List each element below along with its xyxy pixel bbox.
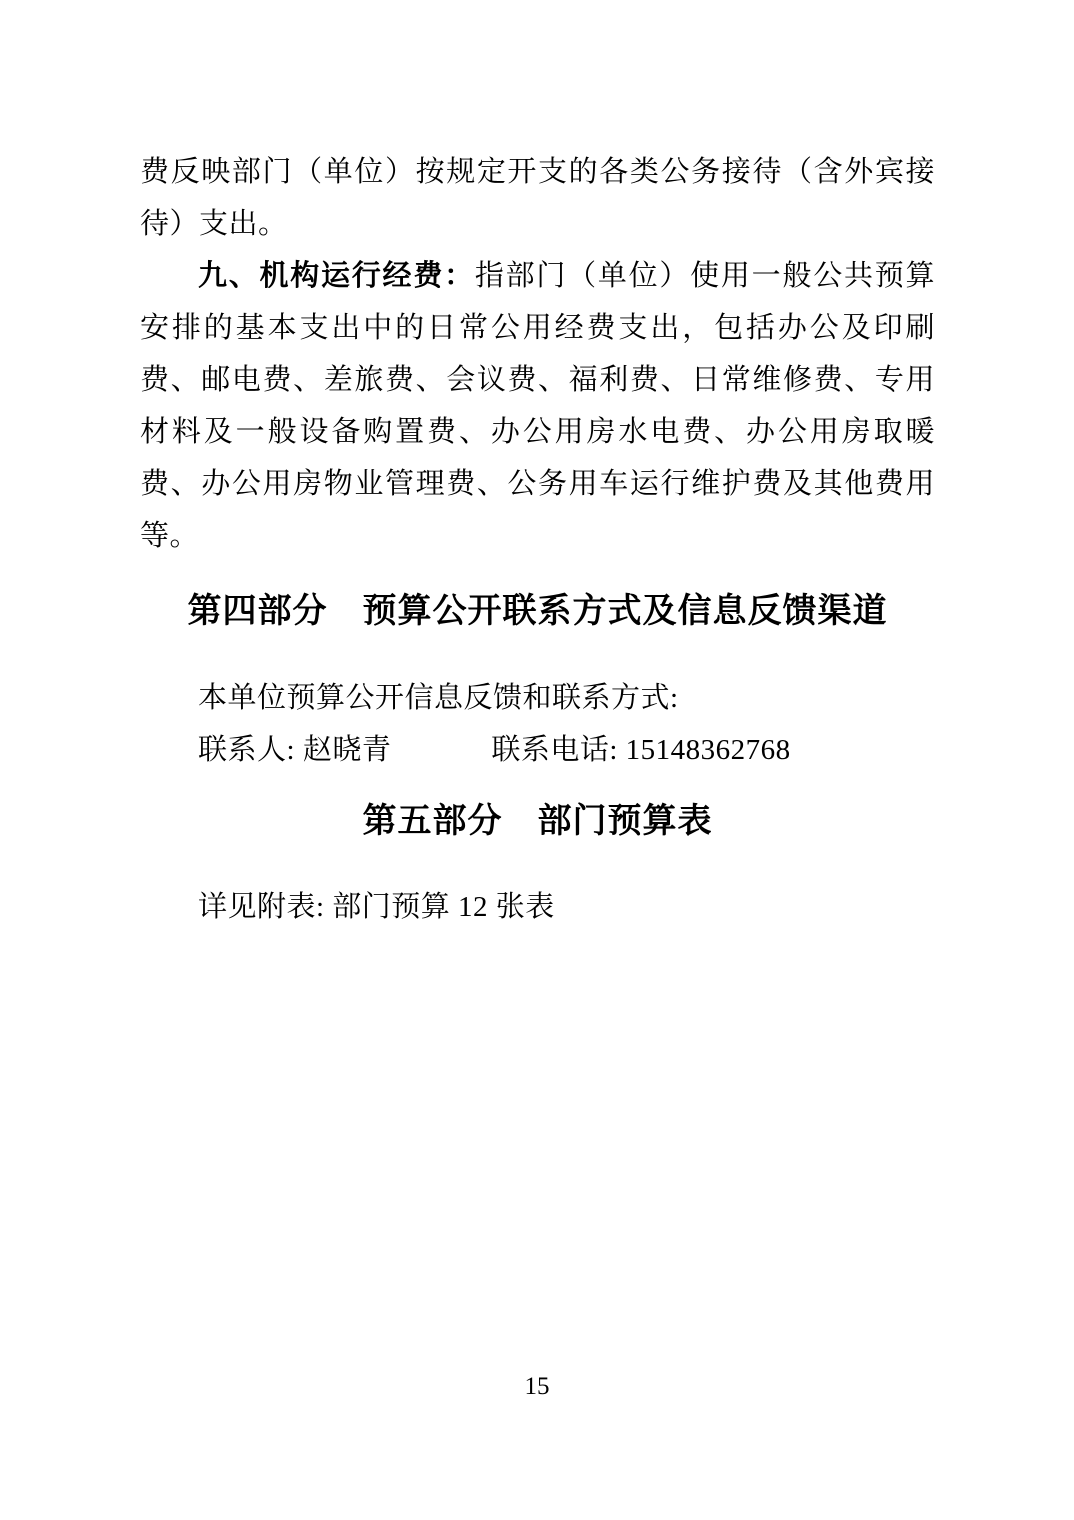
contact-phone-number: 15148362768 (626, 734, 791, 766)
paragraph-hospitality-expense: 费反映部门（单位）按规定开支的各类公务接待（含外宾接待）支出。 (140, 146, 935, 250)
contact-person-group: 联系人: 赵晓青 (198, 734, 391, 766)
operating-expense-definition: 指部门（单位）使用一般公共预算安排的基本支出中的日常公用经费支出，包括办公及印刷… (140, 260, 935, 552)
section-4-heading: 第四部分 预算公开联系方式及信息反馈渠道 (140, 588, 935, 636)
contact-phone-group: 联系电话: 15148362768 (491, 734, 790, 766)
contact-person-label: 联系人: (198, 734, 295, 766)
section-5-heading: 第五部分 部门预算表 (140, 798, 935, 846)
operating-expense-term: 九、机构运行经费： (198, 260, 475, 292)
appendix-note-line: 详见附表: 部门预算 12 张表 (140, 881, 935, 933)
contact-details-line: 联系人: 赵晓青联系电话: 15148362768 (140, 724, 935, 776)
paragraph-operating-expense: 九、机构运行经费：指部门（单位）使用一般公共预算安排的基本支出中的日常公用经费支… (140, 250, 935, 562)
contact-intro-line: 本单位预算公开信息反馈和联系方式: (140, 672, 935, 724)
page-number: 15 (0, 1372, 1074, 1402)
document-body: 费反映部门（单位）按规定开支的各类公务接待（含外宾接待）支出。 九、机构运行经费… (140, 0, 935, 933)
contact-phone-label: 联系电话: (491, 734, 618, 766)
document-page: 费反映部门（单位）按规定开支的各类公务接待（含外宾接待）支出。 九、机构运行经费… (0, 0, 1074, 1520)
contact-person-name: 赵晓青 (303, 734, 392, 766)
